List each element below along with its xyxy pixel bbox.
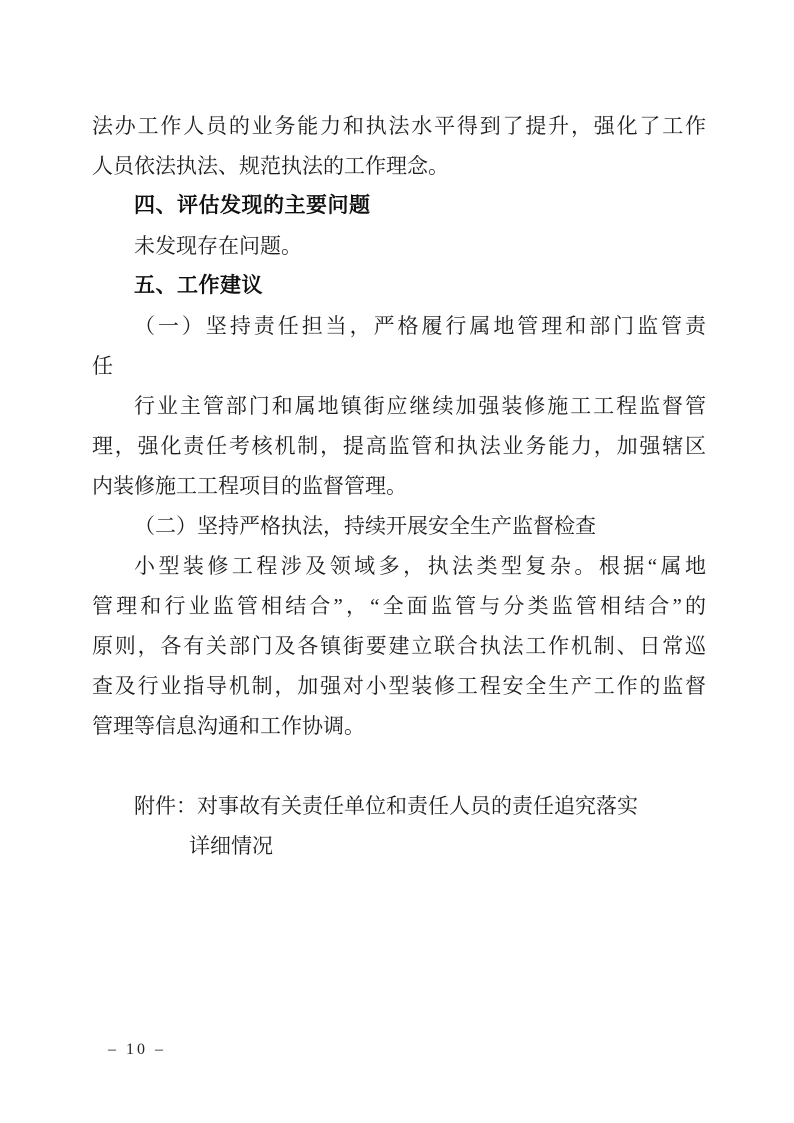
paragraph-line: 法办工作人员的业务能力和执法水平得到了提升，强化了工作 — [92, 106, 706, 146]
paragraph-line: 内装修施工工程项目的监督管理。 — [92, 466, 706, 506]
paragraph-subsection-1: 行业主管部门和属地镇街应继续加强装修施工工程监督管 理，强化责任考核机制，提高监… — [92, 386, 706, 506]
paragraph-no-issues: 未发现存在问题。 — [92, 226, 706, 266]
paragraph-line: 行业主管部门和属地镇街应继续加强装修施工工程监督管 — [92, 386, 706, 426]
page-number: – 10 – — [108, 1040, 166, 1060]
attachment-line: 附件：对事故有关责任单位和责任人员的责任追究落实 — [92, 786, 706, 826]
paragraph-subsection-2: 小型装修工程涉及领域多，执法类型复杂。根据“属地 管理和行业监管相结合”，“全面… — [92, 546, 706, 746]
paragraph-line: 小型装修工程涉及领域多，执法类型复杂。根据“属地 — [92, 546, 706, 586]
paragraph-line: 任 — [92, 346, 706, 386]
section-heading-4: 四、评估发现的主要问题 — [92, 186, 706, 226]
section-heading-5: 五、工作建议 — [92, 266, 706, 306]
paragraph-line: 管理和行业监管相结合”，“全面监管与分类监管相结合”的 — [92, 586, 706, 626]
subsection-heading-2: （二）坚持严格执法，持续开展安全生产监督检查 — [92, 506, 706, 546]
attachment-line: 详细情况 — [92, 826, 706, 866]
paragraph-continuation: 法办工作人员的业务能力和执法水平得到了提升，强化了工作 人员依法执法、规范执法的… — [92, 106, 706, 186]
paragraph-line: （一）坚持责任担当，严格履行属地管理和部门监管责 — [92, 306, 706, 346]
paragraph-line: 原则，各有关部门及各镇街要建立联合执法工作机制、日常巡 — [92, 626, 706, 666]
paragraph-line: 管理等信息沟通和工作协调。 — [92, 706, 706, 746]
paragraph-line: 人员依法执法、规范执法的工作理念。 — [92, 146, 706, 186]
attachment-note: 附件：对事故有关责任单位和责任人员的责任追究落实 详细情况 — [92, 786, 706, 866]
subsection-heading-1: （一）坚持责任担当，严格履行属地管理和部门监管责 任 — [92, 306, 706, 386]
document-page: 法办工作人员的业务能力和执法水平得到了提升，强化了工作 人员依法执法、规范执法的… — [0, 0, 794, 1123]
paragraph-line: 理，强化责任考核机制，提高监管和执法业务能力，加强辖区 — [92, 426, 706, 466]
document-body: 法办工作人员的业务能力和执法水平得到了提升，强化了工作 人员依法执法、规范执法的… — [92, 106, 706, 866]
paragraph-line: 查及行业指导机制，加强对小型装修工程安全生产工作的监督 — [92, 666, 706, 706]
